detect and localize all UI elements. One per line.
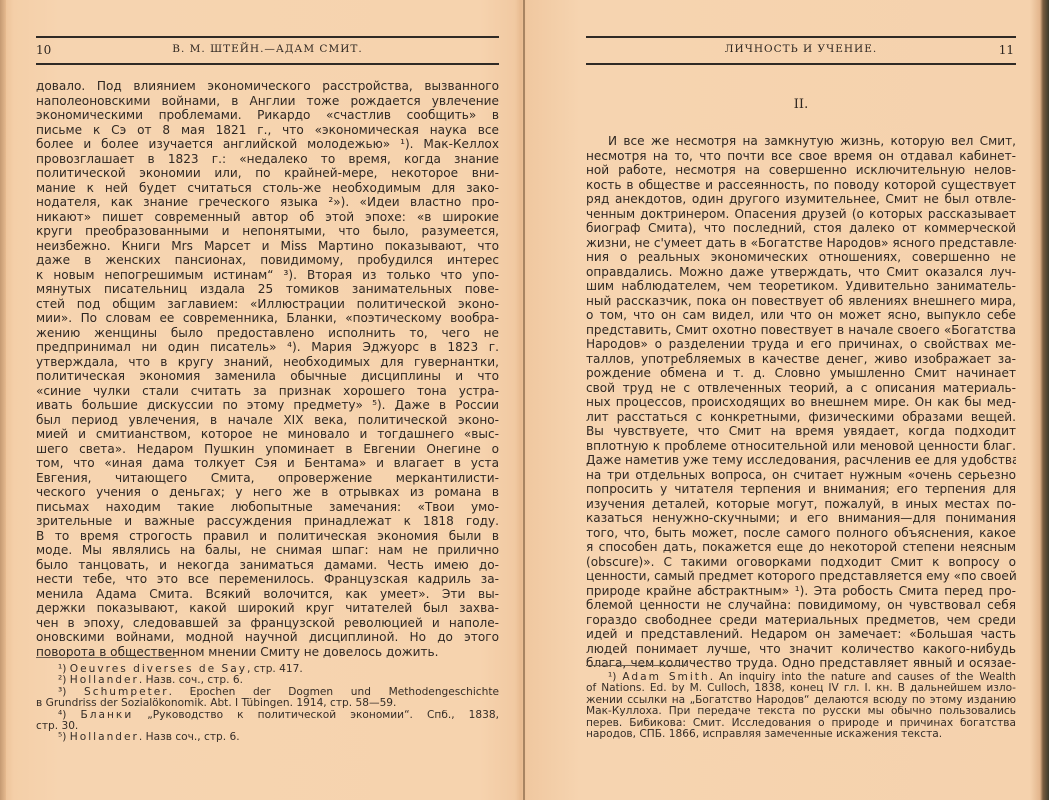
text-line: мией и смитианством, которое не миновало… xyxy=(36,427,499,442)
text-line: держки показывают, какой широкий круг чи… xyxy=(36,601,499,616)
text-line: мии». По словам ее современника, Бланки,… xyxy=(36,311,499,326)
text-line: гораздо свободнее среди материальных пре… xyxy=(586,613,1016,628)
footnote-line: в Grundriss der Sozialökonomik. Abt. I T… xyxy=(36,698,499,709)
text-line: ряд анекдотов, один другого изумительнее… xyxy=(586,192,1016,207)
text-line: таллов, употребляемых в качестве денег, … xyxy=(586,352,1016,367)
text-line: даже в женских пансионах, повидимому, пр… xyxy=(36,253,499,268)
left-page: 10 В. М. ШТЕЙН.—АДАМ СМИТ. довало. Под в… xyxy=(36,0,499,800)
text-line: ный рассказчик, пока он повествует об яв… xyxy=(586,294,1016,309)
footnote-text: народов, СПБ. 1866, исправляя замеченные… xyxy=(586,729,942,740)
footnote-rule xyxy=(586,665,686,666)
footnote-mark: ²) xyxy=(58,675,66,686)
book-spine xyxy=(523,0,525,800)
text-line: никают» пишет современный автор об этой … xyxy=(36,210,499,225)
book-spread: 10 В. М. ШТЕЙН.—АДАМ СМИТ. довало. Под в… xyxy=(0,0,1049,800)
text-line: мание к ней будет считаться столь-же нео… xyxy=(36,181,499,196)
footnotes: ¹) Oeuvres diverses de Say, стр. 417.²) … xyxy=(36,664,499,744)
page-edge xyxy=(0,0,6,800)
text-line: попросить у читателя терпения и внимания… xyxy=(586,482,1016,497)
footnote-author: Бланки xyxy=(80,710,133,721)
footnote-text: . Назв соч., стр. 6. xyxy=(139,732,240,743)
footnote-line: Мак-Куллоха. При передаче текста по русс… xyxy=(586,706,1016,717)
running-head-title: В. М. ШТЕЙН.—АДАМ СМИТ. xyxy=(36,43,499,55)
text-line: казаться ненужно-скучными; и его внимани… xyxy=(586,511,1016,526)
text-line: письмах находим такие любопытные замечан… xyxy=(36,500,499,515)
text-line: более и более изучается английской молод… xyxy=(36,137,499,152)
text-line: ченным доктринером. Опасения друзей (о к… xyxy=(586,207,1016,222)
text-line: рождение обмена и т. д. Словно умышленно… xyxy=(586,366,1016,381)
text-line: моде. Мы являлись на балы, не снимая шпа… xyxy=(36,543,499,558)
text-line: оновскими войнами, модной научной дисцип… xyxy=(36,630,499,645)
text-line: чен в эпоху, следовавшей за французской … xyxy=(36,616,499,631)
footnote-text: . Epochen der Dogmen und Methodengeschic… xyxy=(169,687,499,698)
text-line: ной работе, несмотря на совершенно исклю… xyxy=(586,163,1016,178)
text-line: природе крайне абстрактным» ¹). Эта робо… xyxy=(586,584,1016,599)
footnote-text: . Назв. соч., стр. 6. xyxy=(139,675,243,686)
footnote-line: ¹) Oeuvres diverses de Say, стр. 417. xyxy=(36,664,499,675)
text-line: я способен дать, покажется еще до некото… xyxy=(586,540,1016,555)
footnote-line: ⁴) Бланки „Руководство к политической эк… xyxy=(36,710,499,721)
footnote-mark: ⁵) xyxy=(58,732,66,743)
footnote-line: стр. 30. xyxy=(36,721,499,732)
text-line: вплотную к проблеме относительной или ме… xyxy=(586,439,1016,454)
text-line: политической экономии или, по крайней-ме… xyxy=(36,166,499,181)
footnote-text: Мак-Куллоха. При передаче текста по русс… xyxy=(586,706,1016,717)
text-line: экономическими проблемами. Рикардо «счас… xyxy=(36,108,499,123)
text-line: представить, Смит охотно повествует в на… xyxy=(586,323,1016,338)
text-line: том, что «иная дама толкует Сэя и Бентам… xyxy=(36,456,499,471)
text-line: биограф Смита), что последний, стоя дале… xyxy=(586,221,1016,236)
footnote-text: , стр. 417. xyxy=(247,664,303,675)
footnote-rule xyxy=(36,657,176,658)
footnote-line: ²) Hollander. Назв. соч., стр. 6. xyxy=(36,675,499,686)
right-page: ЛИЧНОСТЬ И УЧЕНИЕ. 11 II. И все же несмо… xyxy=(586,0,1016,800)
text-line: блемой ценности не случайна: повидимому,… xyxy=(586,598,1016,613)
footnote-line: жении ссылки на „Богатство Народов“ дела… xyxy=(586,695,1016,706)
text-line: жению женщины было предоставлено исполни… xyxy=(36,326,499,341)
footnote-author: Hollander xyxy=(70,732,139,743)
footnote-line: народов, СПБ. 1866, исправляя замеченные… xyxy=(586,729,1016,740)
section-heading: II. xyxy=(586,97,1016,112)
body-text: И все же несмотря на замкнутую жизнь, ко… xyxy=(586,134,1016,671)
footnote-line: перев. Бибикова: Смит. Исследования о пр… xyxy=(586,718,1016,729)
text-line: наполеоновскими войнами, в Англии тоже р… xyxy=(36,94,499,109)
text-line: лит расстаться с конкретными, физическим… xyxy=(586,410,1016,425)
text-line: идей и представлений. Недаром он замечае… xyxy=(586,627,1016,642)
page-number: 11 xyxy=(999,43,1014,57)
text-line: ценности, самый предмет которого предста… xyxy=(586,569,1016,584)
text-line: нодателя, как знание греческого языка ²»… xyxy=(36,195,499,210)
text-line: было танцовать, и некогда заниматься дам… xyxy=(36,558,499,573)
text-line: неизбежно. Книги Mrs Марсет и Miss Марти… xyxy=(36,239,499,254)
footnote-line: of Nations. Ed. by M. Culloch, 1838, кон… xyxy=(586,683,1016,694)
text-line: политическая экономия заменила обычные д… xyxy=(36,369,499,384)
text-line: шего света». Недаром Пушкин упоминает в … xyxy=(36,442,499,457)
footnote-line: ¹) Adam Smith. An inquiry into the natur… xyxy=(586,672,1016,683)
text-line: ных процессов, происходящих во внешнем м… xyxy=(586,395,1016,410)
text-line: на три отдельных вопроса, он считает нуж… xyxy=(586,468,1016,483)
text-line: ческого учения о деньгах; у него же в от… xyxy=(36,485,499,500)
text-line: В то время строгость правил и политическ… xyxy=(36,529,499,544)
text-line: ивать большие дискуссии по этому предмет… xyxy=(36,398,499,413)
footnote-line: ³) Schumpeter. Epochen der Dogmen und Me… xyxy=(36,687,499,698)
text-line: предпринимал ни один писатель» ⁴). Мария… xyxy=(36,340,499,355)
header-rule-bottom xyxy=(586,63,1016,65)
footnote-author: Schumpeter xyxy=(84,687,169,698)
footnote-mark: ⁴) xyxy=(58,710,66,721)
footnote-text: . An inquiry into the nature and causes … xyxy=(710,672,1016,683)
footnote-author: Oeuvres diverses de Say xyxy=(70,664,247,675)
text-line: Вы чувствуете, что Смит на время увядает… xyxy=(586,424,1016,439)
footnotes: ¹) Adam Smith. An inquiry into the natur… xyxy=(586,672,1016,740)
text-line: круги преобразованными и непонятыми, что… xyxy=(36,224,499,239)
text-line: был период увлечения, в начале XIX века,… xyxy=(36,413,499,428)
text-line: людей понимает лучше, что значит количес… xyxy=(586,642,1016,657)
footnote-text: жении ссылки на „Богатство Народов“ дела… xyxy=(586,695,1016,706)
text-line: довало. Под влиянием экономического расс… xyxy=(36,79,499,94)
text-line: Народов» о разделении труда и его причин… xyxy=(586,337,1016,352)
text-line: Евгения, читающего Смита, опровержение м… xyxy=(36,471,499,486)
footnote-text: в Grundriss der Sozialökonomik. Abt. I T… xyxy=(36,698,396,709)
body-text: довало. Под влиянием экономического расс… xyxy=(36,79,499,659)
text-line: свой труд не с отвлеченных теорий, а с о… xyxy=(586,381,1016,396)
text-line: изучения деталей, которые могут, пожалуй… xyxy=(586,497,1016,512)
footnote-author: Adam Smith xyxy=(622,672,709,683)
header-rule-top xyxy=(586,36,1016,38)
running-head: ЛИЧНОСТЬ И УЧЕНИЕ. 11 xyxy=(586,43,1016,59)
text-line: Даже наметив уже тему исследования, расч… xyxy=(586,453,1016,468)
footnote-text: стр. 30. xyxy=(36,721,78,732)
running-head: 10 В. М. ШТЕЙН.—АДАМ СМИТ. xyxy=(36,43,499,59)
text-line: (obscure)». С такими оговорками подходит… xyxy=(586,555,1016,570)
footnote-text: of Nations. Ed. by M. Culloch, 1838, кон… xyxy=(586,683,1016,694)
text-line: о том, что он сам видел, или что он може… xyxy=(586,308,1016,323)
footnote-mark: ³) xyxy=(58,687,66,698)
text-line: нести тебе, что это все переменилось. Фр… xyxy=(36,572,499,587)
text-line: ния о реальных экономических отношениях,… xyxy=(586,250,1016,265)
text-line: провозглашает в 1823 г.: «недалеко то вр… xyxy=(36,152,499,167)
text-line: мянутых писательниц издала 25 томиков за… xyxy=(36,282,499,297)
header-rule-bottom xyxy=(36,63,499,65)
text-line: менила Адама Смита. Всякий волочится, ка… xyxy=(36,587,499,602)
header-rule-top xyxy=(36,36,499,38)
text-line: оправдались. Можно даже утверждать, что … xyxy=(586,265,1016,280)
text-line: шим наблюдателем, чем теоретиком. Удивит… xyxy=(586,279,1016,294)
text-line: утверждала, что в кругу знаний, необходи… xyxy=(36,355,499,370)
text-line: И все же несмотря на замкнутую жизнь, ко… xyxy=(586,134,1016,149)
text-line: к новым непогрешимым истинам“ ³). Вторая… xyxy=(36,268,499,283)
footnote-line: ⁵) Hollander. Назв соч., стр. 6. xyxy=(36,732,499,743)
running-head-title: ЛИЧНОСТЬ И УЧЕНИЕ. xyxy=(586,43,1016,55)
footnote-mark: ¹) xyxy=(58,664,66,675)
text-line: кость в обществе и рассеянность, по пово… xyxy=(586,178,1016,193)
footnote-text: „Руководство к политической экономии“. С… xyxy=(133,710,499,721)
text-line: «синие чулки стали считать за признак хо… xyxy=(36,384,499,399)
text-line: того, что, быть может, после самого полн… xyxy=(586,526,1016,541)
text-line: блага, чем количество труда. Одно предст… xyxy=(586,656,1016,671)
text-line: жизни, не с'умеет дать в «Богатстве Наро… xyxy=(586,236,1016,251)
footnote-mark: ¹) xyxy=(608,672,616,683)
text-line: несмотря на то, что почти все свое время… xyxy=(586,149,1016,164)
text-line: стей под общим заглавием: «Иллюстрации п… xyxy=(36,297,499,312)
text-line: зрительные и важные рассуждения принадле… xyxy=(36,514,499,529)
text-line: письме к Сэ от 8 мая 1821 г., что «эконо… xyxy=(36,123,499,138)
footnote-text: перев. Бибикова: Смит. Исследования о пр… xyxy=(586,718,1016,729)
footnote-author: Hollander xyxy=(70,675,139,686)
